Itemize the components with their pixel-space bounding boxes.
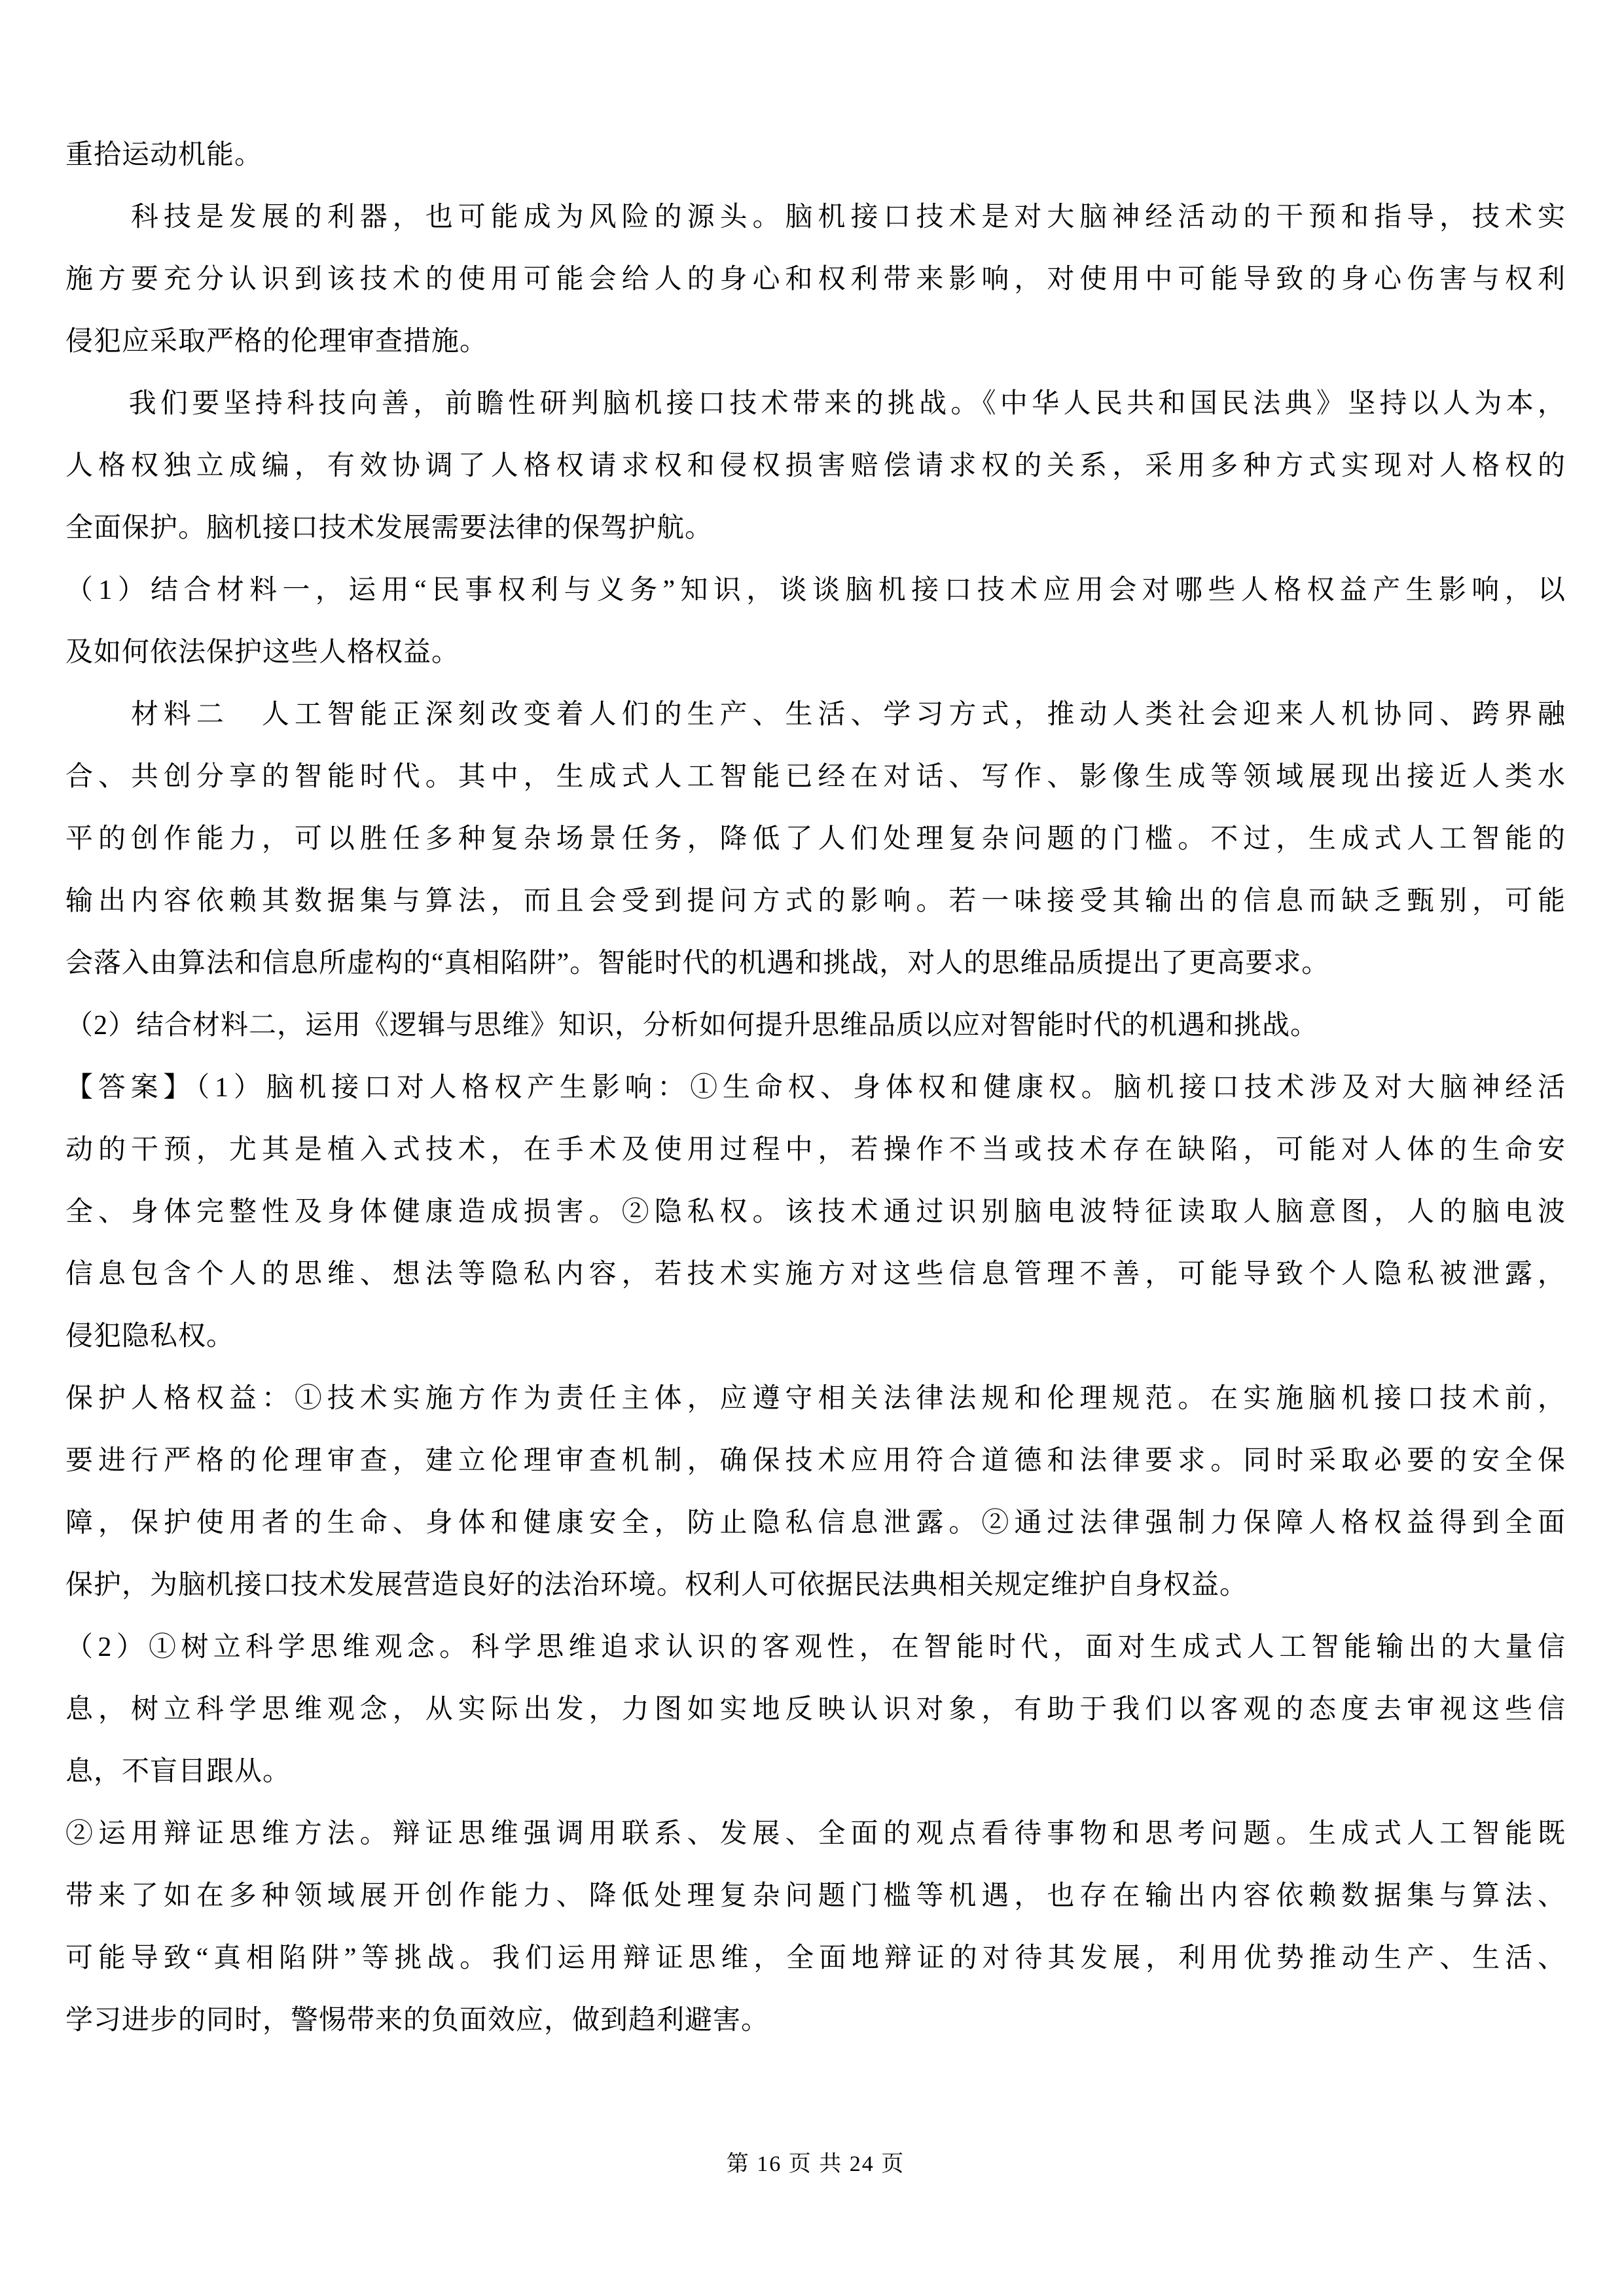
text-line: 全面保护。脑机接口技术发展需要法律的保驾护航。 [65, 497, 1566, 560]
paragraph-material-two-paragraph: 材料二 人工智能正深刻改变着人们的生产、生活、学习方式，推动人类社会迎来人机协同… [65, 684, 1566, 995]
text-line: 息，树立科学思维观念，从实际出发，力图如实地反映认识对象，有助于我们以客观的态度… [65, 1679, 1566, 1741]
text-line: 学习进步的同时，警惕带来的负面效应，做到趋利避害。 [65, 1990, 1566, 2052]
text-line: 可能导致“真相陷阱”等挑战。我们运用辩证思维，全面地辩证的对待其发展，利用优势推… [65, 1928, 1566, 1990]
text-line: 息，不盲目跟从。 [65, 1741, 1566, 1803]
text-line: 保护，为脑机接口技术发展营造良好的法治环境。权利人可依据民法典相关规定维护自身权… [65, 1554, 1566, 1617]
text-line: 人格权独立成编，有效协调了人格权请求权和侵权损害赔偿请求权的关系，采用多种方式实… [65, 435, 1566, 497]
text-line: 及如何依法保护这些人格权益。 [65, 622, 1566, 684]
paragraph-material-one-paragraph: 我们要坚持科技向善，前瞻性研判脑机接口技术带来的挑战。《中华人民共和国民法典》坚… [65, 373, 1566, 560]
text-line: （2）结合材料二，运用《逻辑与思维》知识，分析如何提升思维品质以应对智能时代的机… [65, 995, 1566, 1057]
paragraph-answer-part1-protection: 保护人格权益：①技术实施方作为责任主体，应遵守相关法律法规和伦理规范。在实施脑机… [65, 1368, 1566, 1617]
text-line: 侵犯应采取严格的伦理审查措施。 [65, 311, 1566, 373]
page-number-footer: 第 16 页 共 24 页 [65, 2150, 1566, 2179]
paragraph-answer-part2-point1: （2）①树立科学思维观念。科学思维追求认识的客观性，在智能时代，面对生成式人工智… [65, 1617, 1566, 1803]
text-line: 【答案】（1）脑机接口对人格权产生影响：①生命权、身体权和健康权。脑机接口技术涉… [65, 1057, 1566, 1119]
text-line: 我们要坚持科技向善，前瞻性研判脑机接口技术带来的挑战。《中华人民共和国民法典》坚… [65, 373, 1566, 435]
text-line: 要进行严格的伦理审查，建立伦理审查机制，确保技术应用符合道德和法律要求。同时采取… [65, 1430, 1566, 1492]
paragraph-material-one-continuation: 重拾运动机能。 [65, 124, 1566, 187]
text-line: ②运用辩证思维方法。辩证思维强调用联系、发展、全面的观点看待事物和思考问题。生成… [65, 1803, 1566, 1865]
text-line: 平的创作能力，可以胜任多种复杂场景任务，降低了人们处理复杂问题的门槛。不过，生成… [65, 808, 1566, 870]
text-line: 材料二 人工智能正深刻改变着人们的生产、生活、学习方式，推动人类社会迎来人机协同… [65, 684, 1566, 746]
paragraph-material-one-paragraph: 科技是发展的利器，也可能成为风险的源头。脑机接口技术是对大脑神经活动的干预和指导… [65, 187, 1566, 373]
text-line: 动的干预，尤其是植入式技术，在手术及使用过程中，若操作不当或技术存在缺陷，可能对… [65, 1119, 1566, 1181]
text-line: 信息包含个人的思维、想法等隐私内容，若技术实施方对这些信息管理不善，可能导致个人… [65, 1244, 1566, 1306]
text-line: 重拾运动机能。 [65, 124, 1566, 187]
paragraph-answer-part1-impact: 【答案】（1）脑机接口对人格权产生影响：①生命权、身体权和健康权。脑机接口技术涉… [65, 1057, 1566, 1368]
text-line: （1）结合材料一，运用“民事权利与义务”知识，谈谈脑机接口技术应用会对哪些人格权… [65, 560, 1566, 622]
text-line: 会落入由算法和信息所虚构的“真相陷阱”。智能时代的机遇和挑战，对人的思维品质提出… [65, 933, 1566, 995]
text-line: （2）①树立科学思维观念。科学思维追求认识的客观性，在智能时代，面对生成式人工智… [65, 1617, 1566, 1679]
paragraph-answer-part2-point2: ②运用辩证思维方法。辩证思维强调用联系、发展、全面的观点看待事物和思考问题。生成… [65, 1803, 1566, 2052]
text-line: 带来了如在多种领域展开创作能力、降低处理复杂问题门槛等机遇，也存在输出内容依赖数… [65, 1865, 1566, 1928]
text-line: 保护人格权益：①技术实施方作为责任主体，应遵守相关法律法规和伦理规范。在实施脑机… [65, 1368, 1566, 1430]
text-line: 合、共创分享的智能时代。其中，生成式人工智能已经在对话、写作、影像生成等领域展现… [65, 746, 1566, 808]
document-page: 重拾运动机能。 科技是发展的利器，也可能成为风险的源头。脑机接口技术是对大脑神经… [0, 0, 1624, 2296]
text-line: 障，保护使用者的生命、身体和健康安全，防止隐私信息泄露。②通过法律强制力保障人格… [65, 1492, 1566, 1554]
paragraph-question-1: （1）结合材料一，运用“民事权利与义务”知识，谈谈脑机接口技术应用会对哪些人格权… [65, 560, 1566, 684]
text-line: 侵犯隐私权。 [65, 1306, 1566, 1368]
paragraph-question-2: （2）结合材料二，运用《逻辑与思维》知识，分析如何提升思维品质以应对智能时代的机… [65, 995, 1566, 1057]
text-line: 施方要充分认识到该技术的使用可能会给人的身心和权利带来影响，对使用中可能导致的身… [65, 249, 1566, 311]
document-text-body: 重拾运动机能。 科技是发展的利器，也可能成为风险的源头。脑机接口技术是对大脑神经… [65, 124, 1566, 2052]
text-line: 输出内容依赖其数据集与算法，而且会受到提问方式的影响。若一味接受其输出的信息而缺… [65, 870, 1566, 933]
text-line: 科技是发展的利器，也可能成为风险的源头。脑机接口技术是对大脑神经活动的干预和指导… [65, 187, 1566, 249]
text-line: 全、身体完整性及身体健康造成损害。②隐私权。该技术通过识别脑电波特征读取人脑意图… [65, 1181, 1566, 1244]
